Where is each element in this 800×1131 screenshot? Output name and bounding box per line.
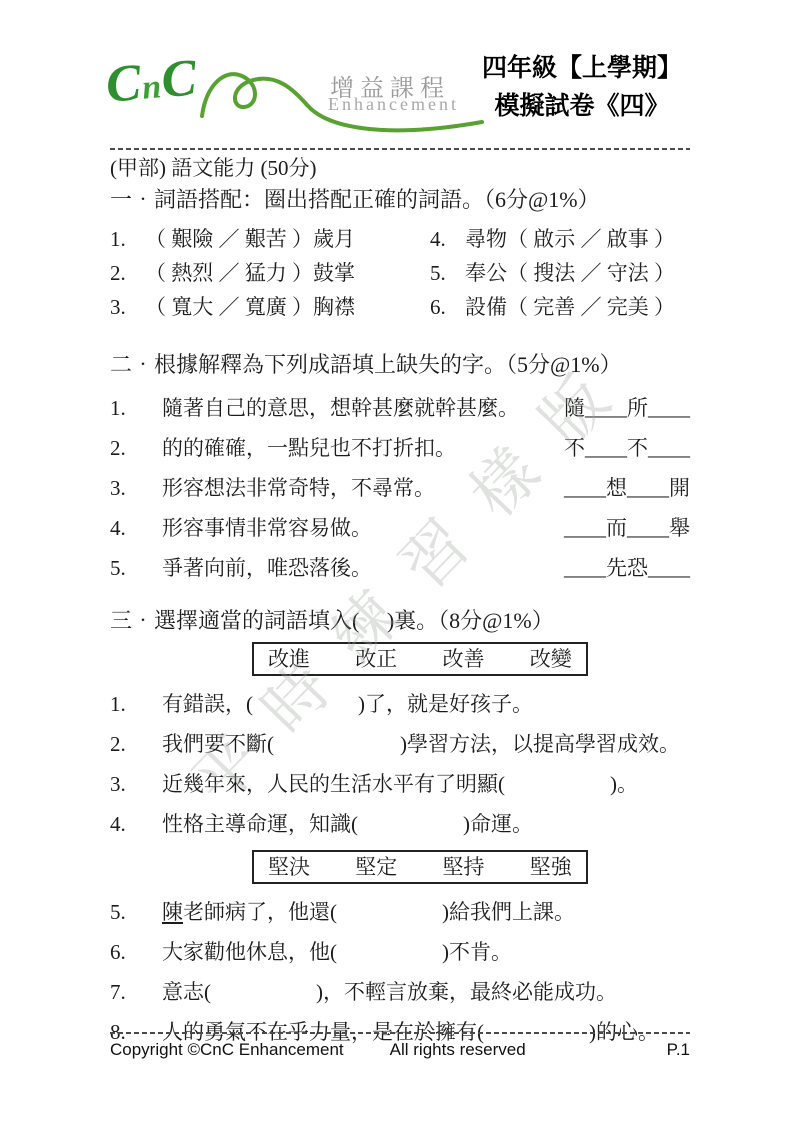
word-bank-word: 改正: [355, 647, 397, 671]
page-footer: Copyright ©CnC Enhancement All rights re…: [110, 1030, 690, 1060]
item-number: 3.: [110, 468, 162, 508]
item-number: 4.: [110, 804, 162, 844]
q3-row: 3. 近幾年來，人民的生活水平有了明顯( )。: [110, 764, 690, 804]
item-text-rest: 意志( )，不輕言放棄，最終必能成功。: [162, 980, 617, 1004]
item-text: 我們要不斷( )學習方法，以提高學習成效。: [162, 724, 690, 764]
question2-section: 二‧根據解釋為下列成語填上缺失的字。（5分@1%） 1. 隨著自己的意思，想幹甚…: [110, 350, 690, 588]
q2-row: 4. 形容事情非常容易做。 ____而____舉: [110, 508, 690, 548]
q3-row: 1. 有錯誤，( )了，就是好孩子。: [110, 684, 690, 724]
page-number: P.1: [667, 1040, 690, 1060]
clue-text: 隨著自己的意思，想幹甚麼就幹甚麼。: [162, 388, 564, 428]
q1-row: 1. （ 艱險 ／ 艱苦 ）歲月 4. 尋物（ 啟示 ／ 啟事 ）: [110, 222, 690, 256]
question3-section: 三‧選擇適當的詞語填入( )裏。（8分@1%） 改進 改正 改善 改變 1. 有…: [110, 606, 690, 1052]
item-text: （ 艱險 ／ 艱苦 ）歲月: [145, 222, 430, 256]
answer-blank: 隨____所____: [564, 388, 690, 428]
word-bank-word: 改變: [530, 647, 572, 671]
footer-divider: [110, 1032, 690, 1034]
item-number: 2.: [110, 428, 162, 468]
item-text: 意志( )，不輕言放棄，最終必能成功。: [162, 972, 690, 1012]
q2-row: 3. 形容想法非常奇特，不尋常。 ____想____開: [110, 468, 690, 508]
brand-name-english: Enhancement: [328, 94, 459, 115]
q2-row: 2. 的的確確，一點兒也不打折扣。 不____不____: [110, 428, 690, 468]
question2-items: 1. 隨著自己的意思，想幹甚麼就幹甚麼。 隨____所____ 2. 的的確確，…: [110, 388, 690, 588]
q3-row: 7. 意志( )，不輕言放棄，最終必能成功。: [110, 972, 690, 1012]
answer-blank: 不____不____: [564, 428, 690, 468]
clue-text: 形容想法非常奇特，不尋常。: [162, 468, 564, 508]
footer-rights: All rights reserved: [390, 1040, 526, 1060]
header-divider: [110, 148, 690, 150]
item-number: 2.: [110, 724, 162, 764]
item-text: 陳老師病了，他還( )給我們上課。: [162, 892, 690, 932]
item-number: 3.: [110, 764, 162, 804]
word-bank-2: 堅決 堅定 堅持 堅強: [252, 850, 588, 884]
question3-items-a: 1. 有錯誤，( )了，就是好孩子。 2. 我們要不斷( )學習方法，以提高學習…: [110, 684, 690, 844]
item-number: 1.: [110, 388, 162, 428]
q3-row: 2. 我們要不斷( )學習方法，以提高學習成效。: [110, 724, 690, 764]
q3-row: 4. 性格主導命運，知識( )命運。: [110, 804, 690, 844]
item-text: 有錯誤，( )了，就是好孩子。: [162, 684, 690, 724]
underlined-name: 陳: [162, 900, 183, 924]
part-heading: (甲部) 語文能力 (50分): [110, 154, 690, 182]
exam-title-line2: 模擬試卷《四》: [472, 88, 692, 126]
item-text: （ 寬大 ／ 寬廣 ）胸襟: [145, 290, 430, 324]
question1-heading: 一‧詞語搭配：圈出搭配正確的詞語。（6分@1%）: [110, 185, 690, 215]
q2-row: 5. 爭著向前，唯恐落後。 ____先恐____: [110, 548, 690, 588]
word-bank-word: 堅決: [268, 855, 310, 879]
word-bank-word: 改善: [443, 647, 485, 671]
clue-text: 的的確確，一點兒也不打折扣。: [162, 428, 564, 468]
logo-letter: C: [159, 49, 200, 109]
page-header: CnC 增益課程 Enhancement 四年級【上學期】 模擬試卷《四》: [110, 50, 690, 146]
item-number: 1.: [110, 222, 145, 256]
item-text-rest: 老師病了，他還( )給我們上課。: [183, 900, 575, 924]
item-number: 7.: [110, 972, 162, 1012]
q1-row: 3. （ 寬大 ／ 寬廣 ）胸襟 6. 設備（ 完善 ／ 完美 ）: [110, 290, 690, 324]
q3-row: 6. 大家勸他休息，他( )不肯。: [110, 932, 690, 972]
answer-blank: ____而____舉: [564, 508, 690, 548]
item-text-rest: 大家勸他休息，他( )不肯。: [162, 940, 512, 964]
question1-items: 1. （ 艱險 ／ 艱苦 ）歲月 4. 尋物（ 啟示 ／ 啟事 ） 2. （ 熱…: [110, 222, 690, 324]
item-number: 5.: [110, 892, 162, 932]
clue-text: 爭著向前，唯恐落後。: [162, 548, 564, 588]
cnc-logo: CnC: [104, 52, 199, 112]
q2-row: 1. 隨著自己的意思，想幹甚麼就幹甚麼。 隨____所____: [110, 388, 690, 428]
item-text: 尋物（ 啟示 ／ 啟事 ）: [465, 222, 690, 256]
exam-title-line1: 四年級【上學期】: [472, 50, 692, 88]
question2-heading: 二‧根據解釋為下列成語填上缺失的字。（5分@1%）: [110, 350, 690, 380]
item-number: 4.: [430, 222, 465, 256]
footer-copyright: Copyright ©CnC Enhancement: [110, 1040, 344, 1060]
item-number: 6.: [110, 932, 162, 972]
item-number: 3.: [110, 290, 145, 324]
word-bank-word: 堅定: [355, 855, 397, 879]
item-number: 4.: [110, 508, 162, 548]
item-text: 奉公（ 搜法 ／ 守法 ）: [465, 256, 690, 290]
answer-blank: ____先恐____: [564, 548, 690, 588]
word-bank-word: 改進: [268, 647, 310, 671]
item-number: 5.: [430, 256, 465, 290]
item-text: 大家勸他休息，他( )不肯。: [162, 932, 690, 972]
word-bank-word: 堅持: [443, 855, 485, 879]
q3-row: 5. 陳老師病了，他還( )給我們上課。: [110, 892, 690, 932]
exam-title: 四年級【上學期】 模擬試卷《四》: [472, 50, 692, 125]
item-text: 設備（ 完善 ／ 完美 ）: [465, 290, 690, 324]
item-number: 6.: [430, 290, 465, 324]
item-number: 2.: [110, 256, 145, 290]
question3-items-b: 5. 陳老師病了，他還( )給我們上課。 6. 大家勸他休息，他( )不肯。 7…: [110, 892, 690, 1052]
item-number: 5.: [110, 548, 162, 588]
answer-blank: ____想____開: [564, 468, 690, 508]
logo-letter: C: [104, 54, 145, 114]
q1-row: 2. （ 熱烈 ／ 猛力 ）鼓掌 5. 奉公（ 搜法 ／ 守法 ）: [110, 256, 690, 290]
question3-heading: 三‧選擇適當的詞語填入( )裏。（8分@1%）: [110, 606, 690, 636]
word-bank-word: 堅強: [530, 855, 572, 879]
word-bank-1: 改進 改正 改善 改變: [252, 642, 588, 676]
item-text: 性格主導命運，知識( )命運。: [162, 804, 690, 844]
item-number: 1.: [110, 684, 162, 724]
worksheet-page: 平時練習樣版 CnC 增益課程 Enhancement 四年級【上學期】 模擬試…: [0, 0, 800, 1131]
item-text: 近幾年來，人民的生活水平有了明顯( )。: [162, 764, 690, 804]
item-text: （ 熱烈 ／ 猛力 ）鼓掌: [145, 256, 430, 290]
clue-text: 形容事情非常容易做。: [162, 508, 564, 548]
